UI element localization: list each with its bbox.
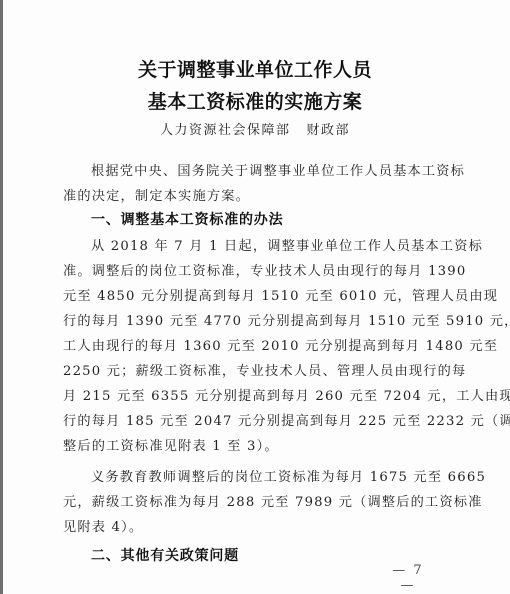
document-title-line-1: 关于调整事业单位工作人员 — [0, 55, 510, 82]
paragraph-line: 月 215 元至 6355 元分别提高到每月 260 元至 7204 元，工人由… — [63, 385, 448, 404]
intro-line-2: 准的决定，制定本实施方案。 — [63, 185, 448, 204]
paragraph-line: 元至 4850 元分别提高到每月 1510 元至 6010 元，管理人员由现 — [63, 285, 448, 304]
paragraph-line: 从 2018 年 7 月 1 日起，调整事业单位工作人员基本工资标 — [91, 235, 448, 254]
paragraph-line: 准。调整后的岗位工资标准，专业技术人员由现行的每月 1390 — [63, 260, 448, 279]
paragraph-line: 元，薪级工资标准为每月 288 元至 7989 元（调整后的工资标准 — [63, 491, 448, 510]
paragraph-line: 见附表 4）。 — [63, 516, 448, 535]
paragraph-line: 2250 元；薪级工资标准，专业技术人员、管理人员由现行的每 — [63, 360, 448, 379]
section-1-heading: 一、调整基本工资标准的办法 — [91, 209, 283, 229]
document-title-line-2: 基本工资标准的实施方案 — [0, 87, 510, 114]
paragraph-line: 行的每月 185 元至 2047 元分别提高到每月 225 元至 2232 元（… — [63, 410, 448, 429]
issuer-mof: 财政部 — [307, 123, 351, 138]
section-2-heading: 二、其他有关政策问题 — [91, 545, 239, 565]
issuer-hrss: 人力资源社会保障部 — [160, 123, 291, 138]
paragraph-line: 义务教育教师调整后的岗位工资标准为每月 1675 元至 6665 — [91, 466, 448, 485]
paragraph-line: 整后的工资标准见附表 1 至 3）。 — [63, 435, 448, 454]
intro-line-1: 根据党中央、国务院关于调整事业单位工作人员基本工资标 — [91, 160, 448, 179]
document-page: 关于调整事业单位工作人员 基本工资标准的实施方案 人力资源社会保障部财政部 根据… — [0, 0, 510, 594]
paragraph-line: 行的每月 1390 元至 4770 元分别提高到每月 1510 元至 5910 … — [63, 310, 448, 329]
issuing-departments: 人力资源社会保障部财政部 — [0, 119, 510, 138]
page-number: — 7 — — [383, 563, 433, 593]
paragraph-line: 工人由现行的每月 1360 元至 2010 元分别提高到每月 1480 元至 — [63, 335, 448, 354]
